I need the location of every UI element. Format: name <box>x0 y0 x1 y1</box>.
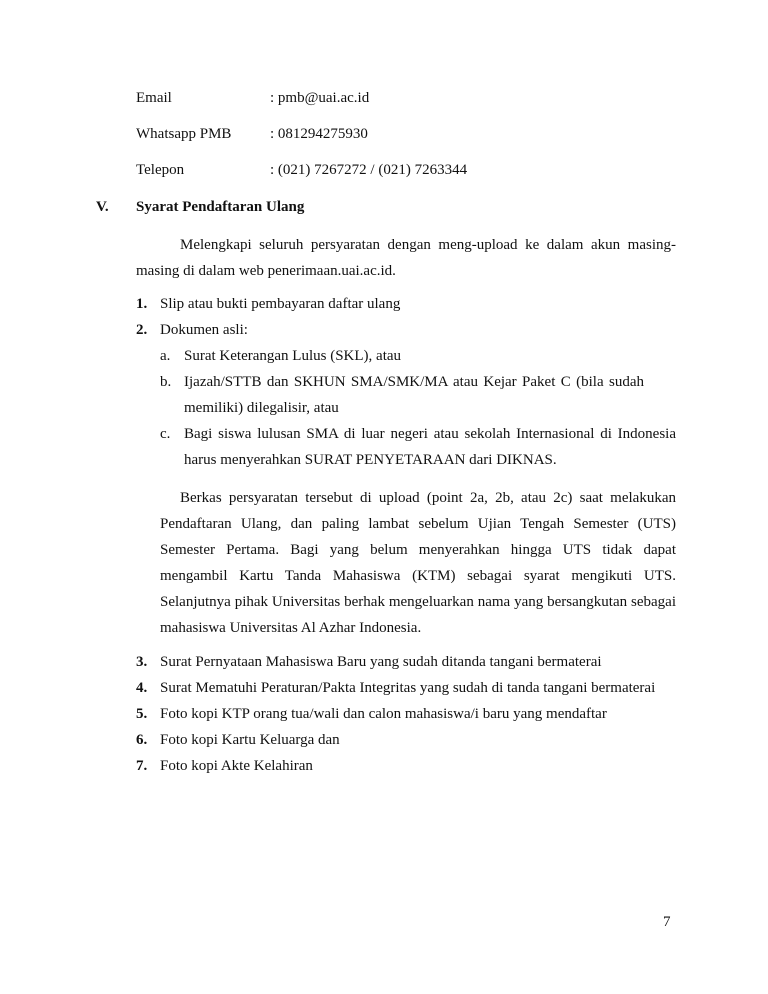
contact-value-whatsapp: : 081294275930 <box>270 126 368 143</box>
item-number: 5. <box>136 706 147 723</box>
sub-item-letter: c. <box>160 426 170 443</box>
item-text: Surat Pernyataan Mahasiswa Baru yang sud… <box>160 654 602 671</box>
contact-label-whatsapp: Whatsapp PMB <box>136 126 231 143</box>
item-number: 2. <box>136 322 147 339</box>
note-paragraph: Berkas persyaratan tersebut di upload (p… <box>160 485 676 641</box>
sub-item-letter: a. <box>160 348 170 365</box>
item-text: Foto kopi KTP orang tua/wali dan calon m… <box>160 706 607 723</box>
item-text: Foto kopi Kartu Keluarga dan <box>160 732 340 749</box>
sub-item-text: Ijazah/STTB dan SKHUN SMA/SMK/MA atau Ke… <box>184 369 644 421</box>
contact-value-email: : pmb@uai.ac.id <box>270 90 369 107</box>
item-text: Dokumen asli: <box>160 322 248 339</box>
item-text: Foto kopi Akte Kelahiran <box>160 758 313 775</box>
item-number: 7. <box>136 758 147 775</box>
contact-label-telepon: Telepon <box>136 162 184 179</box>
item-text: Surat Mematuhi Peraturan/Pakta Integrita… <box>160 680 655 697</box>
sub-item-text: Bagi siswa lulusan SMA di luar negeri at… <box>184 421 676 473</box>
item-text: Slip atau bukti pembayaran daftar ulang <box>160 296 400 313</box>
section-number: V. <box>96 199 109 216</box>
item-number: 1. <box>136 296 147 313</box>
sub-item-letter: b. <box>160 374 171 391</box>
contact-value-telepon: : (021) 7267272 / (021) 7263344 <box>270 162 467 179</box>
contact-label-email: Email <box>136 90 172 107</box>
item-number: 6. <box>136 732 147 749</box>
section-title: Syarat Pendaftaran Ulang <box>136 199 304 216</box>
intro-paragraph: Melengkapi seluruh persyaratan dengan me… <box>136 232 676 284</box>
page-number: 7 <box>663 914 671 931</box>
item-number: 4. <box>136 680 147 697</box>
sub-item-text: Surat Keterangan Lulus (SKL), atau <box>184 343 676 369</box>
item-number: 3. <box>136 654 147 671</box>
